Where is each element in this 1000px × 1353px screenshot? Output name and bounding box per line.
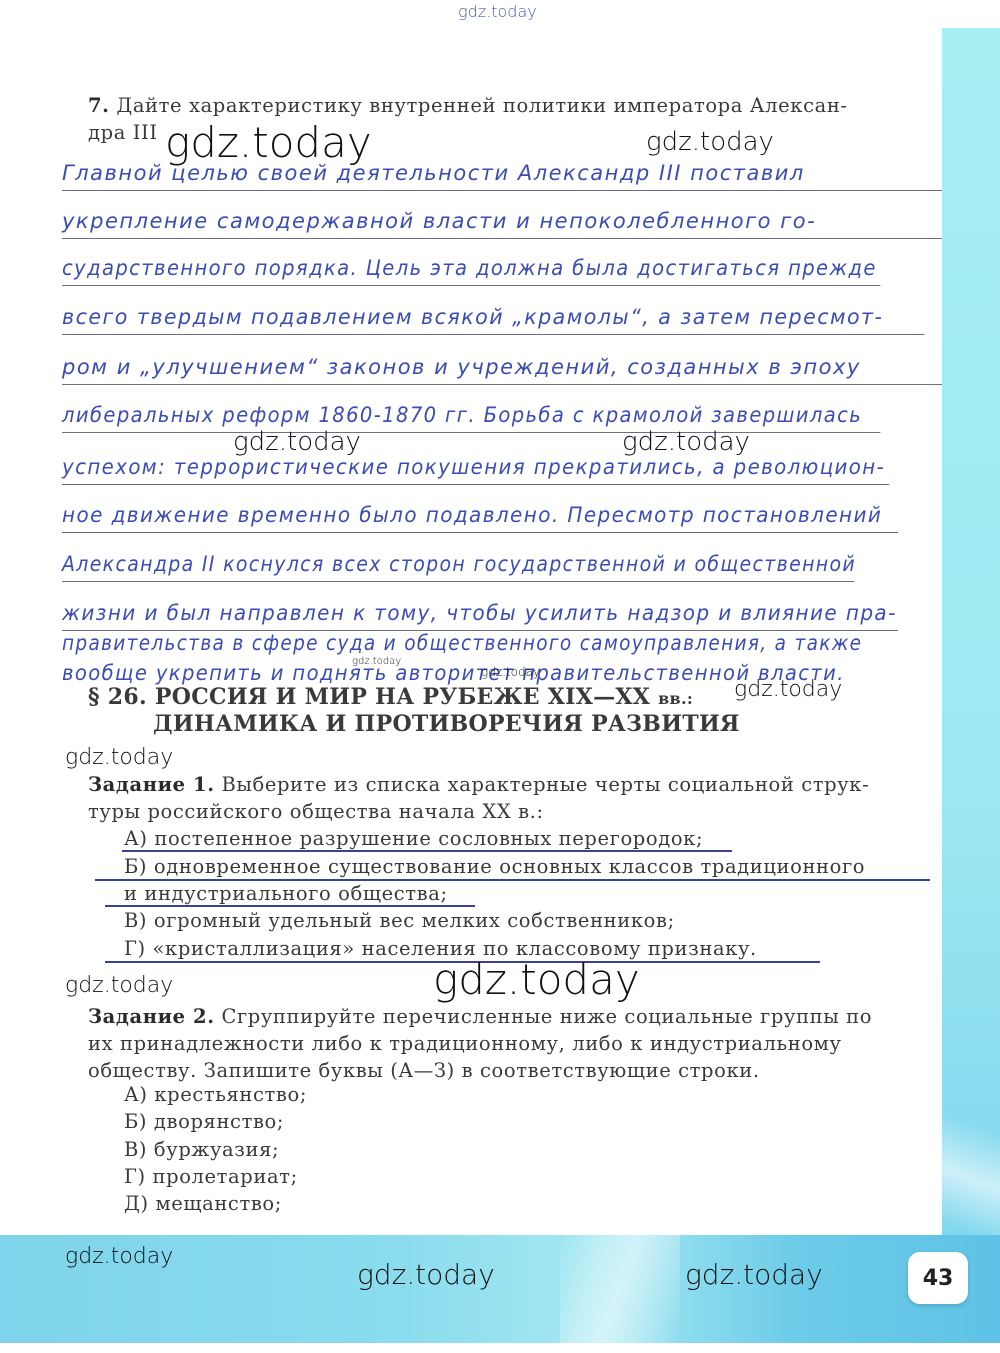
answer-line: успехом: террористические покушения прек…	[62, 450, 889, 485]
task1-label: Задание 1.	[88, 773, 215, 796]
watermark: gdz.today	[233, 427, 361, 457]
watermark: gdz.today	[481, 665, 540, 679]
section-title: § 26. РОССИЯ И МИР НА РУБЕЖЕ XIX—XX вв.:	[88, 684, 693, 710]
task7-question-line2: дра III	[88, 119, 158, 146]
task1-option-b-cont: и индустриального общества;	[124, 882, 448, 905]
answer-underline	[105, 905, 475, 907]
answer-underline	[95, 879, 930, 881]
watermark: gdz.today	[65, 745, 173, 770]
answer-line: Александра II коснулся всех сторон госуд…	[62, 547, 854, 582]
task2-text-line1: Сгруппируйте перечисленные ниже социальн…	[221, 1005, 872, 1028]
task2-option-a: А) крестьянство;	[124, 1083, 307, 1106]
watermark: gdz.today	[65, 973, 173, 998]
answer-line: сударственного порядка. Цель эта должна …	[62, 251, 880, 286]
task1-option-v: В) огромный удельный вес мелких собствен…	[124, 909, 675, 932]
section-number: § 26.	[88, 684, 147, 710]
task7-number: 7.	[88, 94, 110, 117]
watermark: gdz.today	[734, 677, 842, 702]
answer-underline	[122, 850, 732, 852]
task2-text-line3: обществу. Запишите буквы (А—З) в соответ…	[88, 1057, 760, 1084]
task2-label: Задание 2.	[88, 1005, 215, 1028]
side-decor-band	[942, 28, 1000, 1268]
section-title-line1: РОССИЯ И МИР НА РУБЕЖЕ XIX—XX	[155, 684, 650, 710]
task7-question-line1: Дайте характеристику внутренней политики…	[116, 94, 847, 117]
answer-line: либеральных реформ 1860-1870 гг. Борьба …	[62, 398, 880, 433]
section-title-suffix: вв.:	[658, 689, 693, 708]
task1-prompt: Задание 1. Выберите из списка характерны…	[88, 771, 869, 798]
watermark: gdz.today	[165, 118, 372, 167]
task2-prompt: Задание 2. Сгруппируйте перечисленные ни…	[88, 1003, 872, 1030]
watermark: gdz.today	[622, 427, 750, 457]
task2-option-b: Б) дворянство;	[124, 1110, 284, 1133]
section-title-line2: ДИНАМИКА И ПРОТИВОРЕЧИЯ РАЗВИТИЯ	[153, 711, 740, 737]
answer-line: укрепление самодержавной власти и непоко…	[62, 204, 942, 239]
task1-option-b: Б) одновременное существование основных …	[124, 855, 865, 878]
watermark: gdz.today	[685, 1258, 823, 1291]
watermark: gdz.today	[433, 955, 640, 1004]
task1-option-a: А) постепенное разрушение сословных пере…	[124, 827, 703, 850]
answer-line: всего твердым подавлением всякой „крамол…	[62, 300, 924, 335]
answer-line: ное движение временно было подавлено. Пе…	[62, 498, 898, 533]
task2-option-v: В) буржуазия;	[124, 1138, 279, 1161]
task2-option-d: Д) мещанство;	[124, 1192, 282, 1215]
watermark: gdz.today	[65, 1244, 173, 1269]
answer-line: ром и „улучшением“ законов и учреждений,…	[62, 350, 942, 385]
watermark: gdz.today	[646, 127, 774, 157]
task2-text-line2: их принадлежности либо к традиционному, …	[88, 1030, 842, 1057]
watermark: gdz.today	[458, 2, 537, 21]
task7-question: 7. Дайте характеристику внутренней полит…	[88, 92, 938, 119]
page-number: 43	[908, 1252, 968, 1304]
answer-line: правительства в сфере суда и общественно…	[62, 626, 836, 660]
watermark: gdz.today	[357, 1258, 495, 1291]
watermark: gdz.today	[352, 656, 401, 667]
task2-option-g: Г) пролетариат;	[124, 1165, 298, 1188]
task1-text-line1: Выберите из списка характерные черты соц…	[221, 773, 869, 796]
task1-text-line2: туры российского общества начала XX в.:	[88, 798, 544, 825]
